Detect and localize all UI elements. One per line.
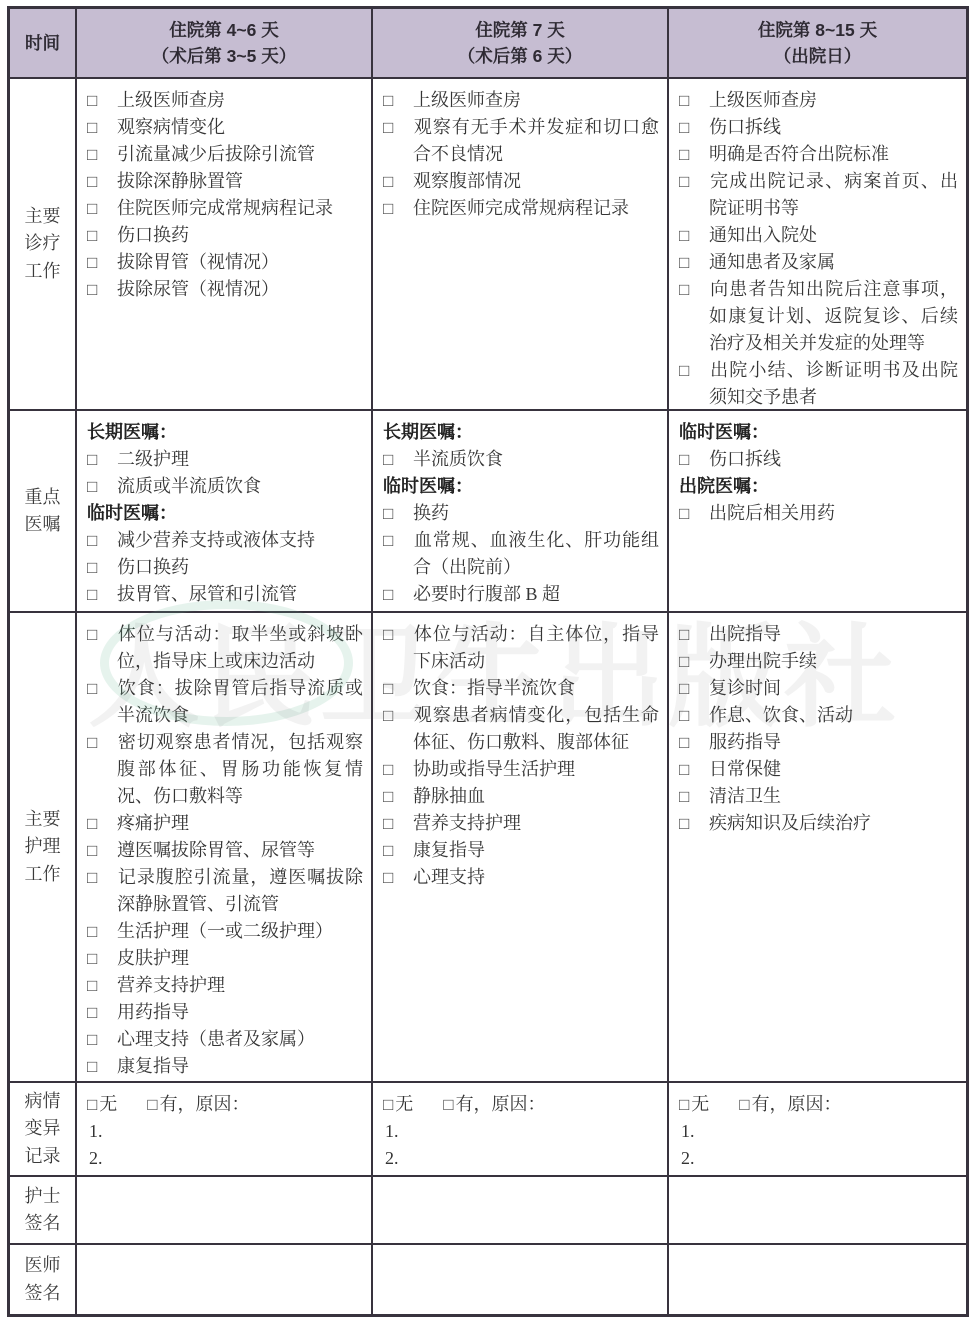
check-item: □引流量减少后拔除引流管: [87, 141, 363, 168]
check-item: □拔除胃管（视情况）: [87, 249, 363, 276]
check-item: □营养支持护理: [87, 972, 363, 999]
check-item-label: 作息、饮食、活动: [709, 705, 853, 725]
checkbox-icon: □: [679, 168, 709, 195]
numbered-line: 1.: [383, 1118, 659, 1145]
check-item-label: 营养支持护理: [117, 975, 225, 995]
check-item: □日常保健: [679, 756, 958, 783]
check-item-label: 二级护理: [117, 449, 189, 469]
cell-physician-signature-col3: [669, 1245, 966, 1314]
header-day7-line1: 住院第 7 天: [475, 17, 564, 43]
variation-options: □无□有，原因：: [383, 1091, 659, 1118]
checkbox-icon: □: [87, 87, 117, 114]
check-item: □出院后相关用药: [679, 500, 958, 527]
check-item: □观察有无手术并发症和切口愈合不良情况: [383, 114, 659, 168]
check-item-label: 血常规、血液生化、肝功能组合（出院前）: [413, 530, 659, 577]
checkbox-icon: □: [679, 141, 709, 168]
checkbox-icon: □: [87, 864, 117, 891]
option-no-label: 无: [395, 1094, 413, 1114]
check-item-label: 皮肤护理: [117, 948, 189, 968]
check-item: □皮肤护理: [87, 945, 363, 972]
row-label-line: 医师: [25, 1252, 61, 1280]
checkbox-icon: □: [679, 810, 709, 837]
checkbox-icon: □: [87, 621, 117, 648]
option-no-label: 无: [691, 1094, 709, 1114]
check-item: □出院小结、诊断证明书及出院须知交予患者: [679, 357, 958, 411]
checkbox-icon: □: [383, 114, 413, 141]
header-day8-15-line1: 住院第 8~15 天: [758, 17, 877, 43]
row-label-line: 主要: [25, 203, 61, 231]
check-item: □复诊时间: [679, 675, 958, 702]
check-item: □半流质饮食: [383, 446, 659, 473]
checkbox-icon: □: [679, 729, 709, 756]
check-item: □康复指导: [87, 1053, 363, 1080]
check-item-label: 通知患者及家属: [709, 252, 835, 272]
check-item-label: 通知出入院处: [709, 225, 817, 245]
check-item: □密切观察患者情况，包括观察腹部体征、胃肠功能恢复情况、伤口敷料等: [87, 729, 363, 810]
cell-main-nursing-col3: □出院指导□办理出院手续□复诊时间□作息、饮食、活动□服药指导□日常保健□清洁卫…: [669, 613, 966, 1083]
check-item: □换药: [383, 500, 659, 527]
cell-main-treatment-col1: □上级医师查房□观察病情变化□引流量减少后拔除引流管□拔除深静脉置管□住院医师完…: [77, 79, 373, 411]
checkbox-icon: □: [383, 581, 413, 608]
check-item: □减少营养支持或液体支持: [87, 527, 363, 554]
option-no-label: 无: [99, 1094, 117, 1114]
checkbox-icon: □: [679, 276, 709, 303]
row-label-nurse-signature: 护士签名: [10, 1177, 77, 1245]
check-item-label: 出院小结、诊断证明书及出院须知交予患者: [709, 360, 958, 407]
checkbox-icon: □: [87, 276, 117, 303]
check-item-label: 记录腹腔引流量，遵医嘱拔除深静脉置管、引流管: [117, 867, 363, 914]
checkbox-icon: □: [87, 1091, 97, 1118]
check-item-label: 疼痛护理: [117, 813, 189, 833]
check-item-label: 营养支持护理: [413, 813, 521, 833]
check-item: □二级护理: [87, 446, 363, 473]
check-item-label: 疾病知识及后续治疗: [709, 813, 871, 833]
header-day4-6: 住院第 4~6 天 （术后第 3~5 天）: [77, 9, 373, 79]
check-item-label: 日常保健: [709, 759, 781, 779]
check-item: □心理支持: [383, 864, 659, 891]
check-item: □服药指导: [679, 729, 958, 756]
check-item: □向患者告知出院后注意事项，如康复计划、返院复诊、后续治疗及相关并发症的处理等: [679, 276, 958, 357]
checkbox-icon: □: [87, 168, 117, 195]
check-item-label: 复诊时间: [709, 678, 781, 698]
option-yes-label: 有，原因：: [160, 1094, 250, 1114]
check-item-label: 完成出院记录、病案首页、出院证明书等: [709, 171, 958, 218]
row-label-line: 记录: [25, 1143, 61, 1171]
checkbox-icon: □: [87, 810, 117, 837]
check-item: □办理出院手续: [679, 648, 958, 675]
check-item: □伤口拆线: [679, 114, 958, 141]
checkbox-icon: □: [383, 837, 413, 864]
check-item-label: 上级医师查房: [709, 90, 817, 110]
checkbox-icon: □: [739, 1091, 749, 1118]
check-item-label: 拔胃管、尿管和引流管: [117, 584, 297, 604]
check-item: □伤口拆线: [679, 446, 958, 473]
check-item: □记录腹腔引流量，遵医嘱拔除深静脉置管、引流管: [87, 864, 363, 918]
header-time: 时间: [10, 9, 77, 79]
check-item-label: 体位与活动：取半坐或斜坡卧位，指导床上或床边活动: [117, 624, 363, 671]
order-heading: 临时医嘱：: [87, 500, 363, 527]
cell-nurse-signature-col1: [77, 1177, 373, 1245]
check-item-label: 住院医师完成常规病程记录: [413, 198, 629, 218]
check-item-label: 伤口拆线: [709, 449, 781, 469]
numbered-line: 2.: [87, 1145, 363, 1172]
check-item-label: 密切观察患者情况，包括观察腹部体征、胃肠功能恢复情况、伤口敷料等: [117, 732, 363, 806]
cell-main-treatment-col2: □上级医师查房□观察有无手术并发症和切口愈合不良情况□观察腹部情况□住院医师完成…: [373, 79, 669, 411]
check-item-label: 饮食：指导半流饮食: [413, 678, 575, 698]
check-item-label: 明确是否符合出院标准: [709, 144, 889, 164]
variation-options: □无□有，原因：: [87, 1091, 363, 1118]
checkbox-icon: □: [383, 675, 413, 702]
check-item-label: 拔除深静脉置管: [117, 171, 243, 191]
option-yes-label: 有，原因：: [456, 1094, 546, 1114]
row-label-line: 变异: [25, 1115, 61, 1143]
row-label-line: 主要: [25, 806, 61, 834]
row-label-main-treatment: 主要诊疗工作: [10, 79, 77, 411]
checkbox-icon: □: [383, 756, 413, 783]
cell-main-treatment-col3: □上级医师查房□伤口拆线□明确是否符合出院标准□完成出院记录、病案首页、出院证明…: [669, 79, 966, 411]
checkbox-icon: □: [679, 249, 709, 276]
checkbox-icon: □: [87, 554, 117, 581]
check-item-label: 体位与活动：自主体位，指导下床活动: [413, 624, 659, 671]
cell-physician-signature-col1: [77, 1245, 373, 1314]
check-item-label: 生活护理（一或二级护理）: [117, 921, 333, 941]
row-label-line: 签名: [25, 1280, 61, 1308]
check-item: □观察患者病情变化，包括生命体征、伤口敷料、腹部体征: [383, 702, 659, 756]
check-item: □静脉抽血: [383, 783, 659, 810]
check-item: □遵医嘱拔除胃管、尿管等: [87, 837, 363, 864]
check-item: □住院医师完成常规病程记录: [87, 195, 363, 222]
check-item-label: 上级医师查房: [117, 90, 225, 110]
checkbox-icon: □: [87, 837, 117, 864]
check-item: □上级医师查房: [87, 87, 363, 114]
checkbox-icon: □: [679, 756, 709, 783]
row-label-line: 签名: [25, 1210, 61, 1238]
check-item-label: 伤口拆线: [709, 117, 781, 137]
order-heading: 长期医嘱：: [87, 419, 363, 446]
checkbox-icon: □: [383, 446, 413, 473]
check-item: □上级医师查房: [679, 87, 958, 114]
row-label-line: 护理: [25, 833, 61, 861]
checkbox-icon: □: [679, 1091, 689, 1118]
row-label-physician-signature: 医师签名: [10, 1245, 77, 1314]
check-item-label: 上级医师查房: [413, 90, 521, 110]
cell-variation-record-col2: □无□有，原因：1.2.: [373, 1083, 669, 1177]
clinical-pathway-table: 时间 住院第 4~6 天 （术后第 3~5 天） 住院第 7 天 （术后第 6 …: [7, 6, 969, 1317]
checkbox-icon: □: [87, 114, 117, 141]
checkbox-icon: □: [383, 195, 413, 222]
page: { "glyphs": { "checkbox": "□" }, "colors…: [0, 0, 971, 1319]
check-item: □营养支持护理: [383, 810, 659, 837]
check-item: □观察病情变化: [87, 114, 363, 141]
check-item: □观察腹部情况: [383, 168, 659, 195]
checkbox-icon: □: [383, 1091, 393, 1118]
checkbox-icon: □: [87, 581, 117, 608]
cell-physician-signature-col2: [373, 1245, 669, 1314]
check-item-label: 住院医师完成常规病程记录: [117, 198, 333, 218]
cell-main-nursing-col1: □体位与活动：取半坐或斜坡卧位，指导床上或床边活动□饮食：拔除胃管后指导流质或半…: [77, 613, 373, 1083]
check-item: □康复指导: [383, 837, 659, 864]
check-item-label: 观察患者病情变化，包括生命体征、伤口敷料、腹部体征: [413, 705, 659, 752]
checkbox-icon: □: [679, 783, 709, 810]
numbered-line: 2.: [383, 1145, 659, 1172]
check-item-label: 必要时行腹部 B 超: [413, 584, 560, 604]
row-label-main-nursing: 主要护理工作: [10, 613, 77, 1083]
order-heading: 临时医嘱：: [383, 473, 659, 500]
option-yes-label: 有，原因：: [752, 1094, 842, 1114]
header-time-label: 时间: [25, 30, 60, 56]
checkbox-icon: □: [679, 222, 709, 249]
checkbox-icon: □: [679, 702, 709, 729]
order-heading: 长期医嘱：: [383, 419, 659, 446]
check-item-label: 静脉抽血: [413, 786, 485, 806]
check-item-label: 康复指导: [117, 1056, 189, 1076]
check-item: □体位与活动：取半坐或斜坡卧位，指导床上或床边活动: [87, 621, 363, 675]
check-item: □通知患者及家属: [679, 249, 958, 276]
row-label-line: 诊疗: [25, 230, 61, 258]
cell-variation-record-col1: □无□有，原因：1.2.: [77, 1083, 373, 1177]
check-item-label: 拔除胃管（视情况）: [117, 252, 279, 272]
check-item: □必要时行腹部 B 超: [383, 581, 659, 608]
row-label-line: 护士: [25, 1183, 61, 1211]
header-day8-15-line2: （出院日）: [774, 43, 862, 69]
checkbox-icon: □: [383, 810, 413, 837]
check-item: □拔除深静脉置管: [87, 168, 363, 195]
check-item: □清洁卫生: [679, 783, 958, 810]
check-item-label: 减少营养支持或液体支持: [117, 530, 315, 550]
row-label-line: 医嘱: [25, 511, 61, 539]
cell-nurse-signature-col3: [669, 1177, 966, 1245]
check-item: □伤口换药: [87, 554, 363, 581]
check-item: □饮食：拔除胃管后指导流质或半流饮食: [87, 675, 363, 729]
cell-nurse-signature-col2: [373, 1177, 669, 1245]
checkbox-icon: □: [87, 945, 117, 972]
check-item-label: 心理支持（患者及家属）: [117, 1029, 315, 1049]
check-item: □协助或指导生活护理: [383, 756, 659, 783]
check-item: □饮食：指导半流饮食: [383, 675, 659, 702]
check-item: □上级医师查房: [383, 87, 659, 114]
checkbox-icon: □: [87, 1026, 117, 1053]
cell-key-orders-col3: 临时医嘱：□伤口拆线出院医嘱：□出院后相关用药: [669, 411, 966, 613]
checkbox-icon: □: [87, 918, 117, 945]
check-item-label: 康复指导: [413, 840, 485, 860]
check-item-label: 观察病情变化: [117, 117, 225, 137]
checkbox-icon: □: [87, 249, 117, 276]
row-label-key-orders: 重点医嘱: [10, 411, 77, 613]
order-heading: 临时医嘱：: [679, 419, 958, 446]
check-item: □完成出院记录、病案首页、出院证明书等: [679, 168, 958, 222]
check-item-label: 向患者告知出院后注意事项，如康复计划、返院复诊、后续治疗及相关并发症的处理等: [709, 279, 958, 353]
check-item-label: 引流量减少后拔除引流管: [117, 144, 315, 164]
check-item: □拔胃管、尿管和引流管: [87, 581, 363, 608]
row-label-line: 重点: [25, 484, 61, 512]
checkbox-icon: □: [87, 222, 117, 249]
numbered-line: 1.: [679, 1118, 958, 1145]
checkbox-icon: □: [383, 168, 413, 195]
cell-main-nursing-col2: □体位与活动：自主体位，指导下床活动□饮食：指导半流饮食□观察患者病情变化，包括…: [373, 613, 669, 1083]
check-item-label: 出院指导: [709, 624, 781, 644]
numbered-line: 1.: [87, 1118, 363, 1145]
variation-options: □无□有，原因：: [679, 1091, 958, 1118]
row-label-variation-record: 病情变异记录: [10, 1083, 77, 1177]
row-label-line: 工作: [25, 258, 61, 286]
check-item: □出院指导: [679, 621, 958, 648]
check-item: □住院医师完成常规病程记录: [383, 195, 659, 222]
checkbox-icon: □: [679, 675, 709, 702]
check-item: □疾病知识及后续治疗: [679, 810, 958, 837]
checkbox-icon: □: [87, 972, 117, 999]
check-item: □明确是否符合出院标准: [679, 141, 958, 168]
cell-key-orders-col2: 长期医嘱：□半流质饮食临时医嘱：□换药□血常规、血液生化、肝功能组合（出院前）□…: [373, 411, 669, 613]
check-item: □生活护理（一或二级护理）: [87, 918, 363, 945]
checkbox-icon: □: [383, 500, 413, 527]
check-item: □疼痛护理: [87, 810, 363, 837]
checkbox-icon: □: [443, 1091, 453, 1118]
check-item-label: 办理出院手续: [709, 651, 817, 671]
header-day4-6-line2: （术后第 3~5 天）: [152, 43, 296, 69]
check-item: □心理支持（患者及家属）: [87, 1026, 363, 1053]
checkbox-icon: □: [87, 446, 117, 473]
check-item-label: 伤口换药: [117, 225, 189, 245]
check-item: □用药指导: [87, 999, 363, 1026]
checkbox-icon: □: [679, 621, 709, 648]
check-item-label: 半流质饮食: [413, 449, 503, 469]
header-day7: 住院第 7 天 （术后第 6 天）: [373, 9, 669, 79]
check-item: □体位与活动：自主体位，指导下床活动: [383, 621, 659, 675]
check-item-label: 流质或半流质饮食: [117, 476, 261, 496]
checkbox-icon: □: [87, 729, 117, 756]
checkbox-icon: □: [383, 783, 413, 810]
checkbox-icon: □: [679, 446, 709, 473]
checkbox-icon: □: [383, 621, 413, 648]
check-item-label: 换药: [413, 503, 449, 523]
check-item: □通知出入院处: [679, 222, 958, 249]
check-item: □血常规、血液生化、肝功能组合（出院前）: [383, 527, 659, 581]
order-heading: 出院医嘱：: [679, 473, 958, 500]
checkbox-icon: □: [383, 527, 413, 554]
cell-variation-record-col3: □无□有，原因：1.2.: [669, 1083, 966, 1177]
checkbox-icon: □: [679, 648, 709, 675]
check-item-label: 用药指导: [117, 1002, 189, 1022]
checkbox-icon: □: [87, 473, 117, 500]
check-item: □伤口换药: [87, 222, 363, 249]
check-item-label: 饮食：拔除胃管后指导流质或半流饮食: [117, 678, 363, 725]
check-item-label: 观察有无手术并发症和切口愈合不良情况: [413, 117, 659, 164]
header-day8-15: 住院第 8~15 天 （出院日）: [669, 9, 966, 79]
check-item-label: 清洁卫生: [709, 786, 781, 806]
checkbox-icon: □: [679, 114, 709, 141]
checkbox-icon: □: [87, 527, 117, 554]
checkbox-icon: □: [679, 87, 709, 114]
checkbox-icon: □: [87, 195, 117, 222]
check-item-label: 心理支持: [413, 867, 485, 887]
checkbox-icon: □: [679, 357, 709, 384]
check-item-label: 拔除尿管（视情况）: [117, 279, 279, 299]
numbered-line: 2.: [679, 1145, 958, 1172]
checkbox-icon: □: [383, 87, 413, 114]
row-label-line: 病情: [25, 1088, 61, 1116]
checkbox-icon: □: [383, 864, 413, 891]
checkbox-icon: □: [87, 1053, 117, 1080]
checkbox-icon: □: [383, 702, 413, 729]
row-label-line: 工作: [25, 861, 61, 889]
check-item-label: 伤口换药: [117, 557, 189, 577]
check-item-label: 出院后相关用药: [709, 503, 835, 523]
header-day4-6-line1: 住院第 4~6 天: [169, 17, 278, 43]
check-item: □作息、饮食、活动: [679, 702, 958, 729]
checkbox-icon: □: [87, 141, 117, 168]
check-item-label: 观察腹部情况: [413, 171, 521, 191]
check-item-label: 服药指导: [709, 732, 781, 752]
checkbox-icon: □: [679, 500, 709, 527]
check-item-label: 遵医嘱拔除胃管、尿管等: [117, 840, 315, 860]
cell-key-orders-col1: 长期医嘱：□二级护理□流质或半流质饮食临时医嘱：□减少营养支持或液体支持□伤口换…: [77, 411, 373, 613]
checkbox-icon: □: [147, 1091, 157, 1118]
check-item: □流质或半流质饮食: [87, 473, 363, 500]
checkbox-icon: □: [87, 999, 117, 1026]
check-item-label: 协助或指导生活护理: [413, 759, 575, 779]
checkbox-icon: □: [87, 675, 117, 702]
check-item: □拔除尿管（视情况）: [87, 276, 363, 303]
header-day7-line2: （术后第 6 天）: [458, 43, 582, 69]
